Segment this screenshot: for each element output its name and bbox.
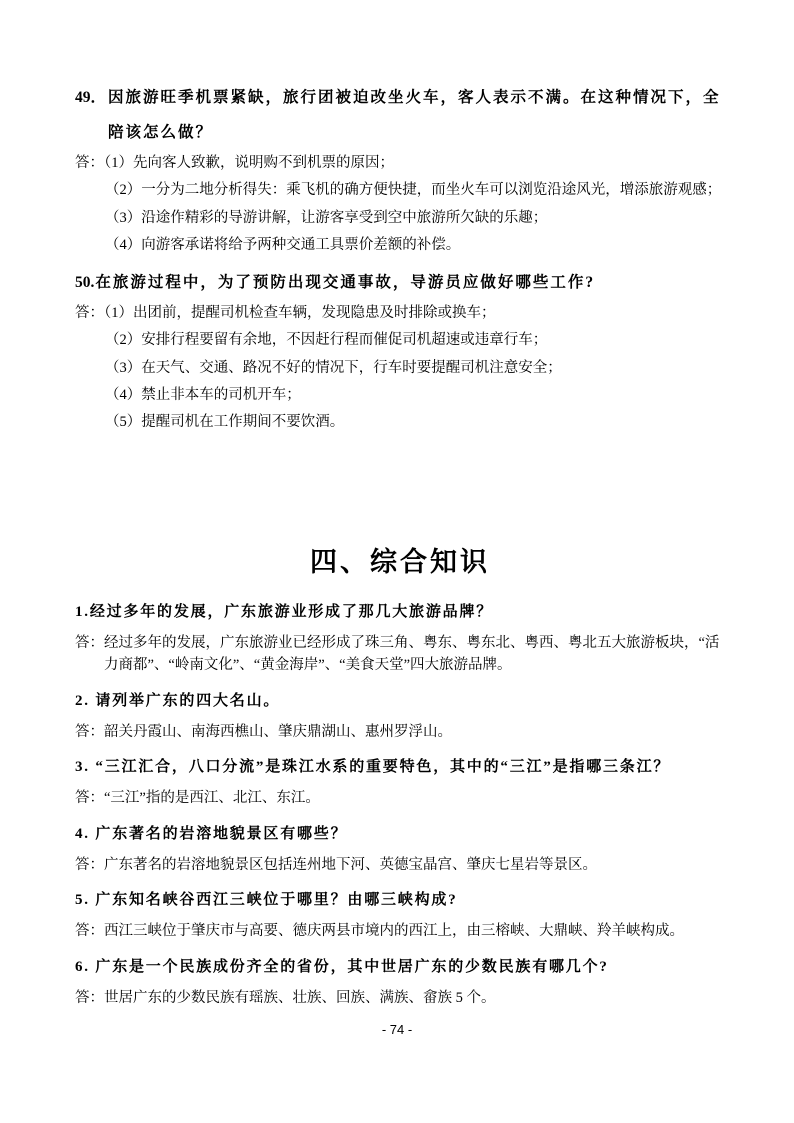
answer-text: “三江”指的是西江、北江、东江。 [104,790,320,806]
answer-item: （1）出团前，提醒司机检查车辆，发现隐患及时排除或换车； [104,305,496,321]
answer-label: 答： [75,990,104,1006]
qa-answer-5: 答：西江三峡位于肇庆市与高要、德庆两县市境内的西江上，由三榕峡、大鼎峡、羚羊峡构… [75,920,725,943]
qa-answer-6: 答：世居广东的少数民族有瑶族、壮族、回族、满族、畲族 5 个。 [75,987,725,1010]
qa-answer-1: 答：经过多年的发展，广东旅游业已经形成了珠三角、粤东、粤东北、粤西、粤北五大旅游… [75,632,725,677]
question-text: 在旅游过程中，为了预防出现交通事故，导游员应做好哪些工作? [95,274,595,291]
answer-line: 答：西江三峡位于肇庆市与高要、德庆两县市境内的西江上，由三榕峡、大鼎峡、羚羊峡构… [75,920,725,943]
qa-list: 1.经过多年的发展，广东旅游业形成了那几大旅游品牌？ 答：经过多年的发展，广东旅… [75,601,725,1010]
answer-text: 世居广东的少数民族有瑶族、壮族、回族、满族、畲族 5 个。 [104,990,496,1006]
question-line: 49．因旅游旺季机票紧缺，旅行团被迫改坐火车，客人表示不满。在这种情况下，全 [75,80,725,115]
answer-item: （2）一分为二地分析得失：乘飞机的确方便快捷，而坐火车可以浏览沿途风光，增添旅游… [75,177,725,204]
question-text: 因旅游旺季机票紧缺，旅行团被迫改坐火车，客人表示不满。在这种情况下，全 [108,89,721,106]
case-answer-49: 答：（1）先向客人致歉，说明购不到机票的原因； （2）一分为二地分析得失：乘飞机… [75,150,725,259]
question-line: 50.在旅游过程中，为了预防出现交通事故，导游员应做好哪些工作? [75,265,725,300]
answer-item: （4）向游客承诺将给予两种交通工具票价差额的补偿。 [75,232,725,259]
page-number: - 74 - [0,1022,794,1037]
answer-text: 韶关丹霞山、南海西樵山、肇庆鼎湖山、惠州罗浮山。 [104,724,452,740]
answer-item: （5）提醒司机在工作期间不要饮酒。 [75,409,725,436]
answer-label: 答： [75,923,104,939]
answer-text: 力商都”、“岭南文化”、“黄金海岸”、“美食天堂”四大旅游品牌。 [75,654,725,677]
answer-item: （2）安排行程要留有余地，不因赶行程而催促司机超速或违章行车； [75,327,725,354]
answer-text: 经过多年的发展，广东旅游业已经形成了珠三角、粤东、粤东北、粤西、粤北五大旅游板块… [104,635,719,651]
question-number: 49． [75,80,108,115]
case-question-49: 49．因旅游旺季机票紧缺，旅行团被迫改坐火车，客人表示不满。在这种情况下，全 陪… [75,80,725,150]
answer-item: （3）沿途作精彩的导游讲解，让游客享受到空中旅游所欠缺的乐趣； [75,205,725,232]
qa-answer-3: 答：“三江”指的是西江、北江、东江。 [75,787,725,810]
qa-answer-4: 答：广东著名的岩溶地貌景区包括连州地下河、英德宝晶宫、肇庆七星岩等景区。 [75,854,725,877]
answer-line: 答：（1）出团前，提醒司机检查车辆，发现隐患及时排除或换车； [75,300,725,327]
page-content: 49．因旅游旺季机票紧缺，旅行团被迫改坐火车，客人表示不满。在这种情况下，全 陪… [75,80,725,1009]
answer-text: 广东著名的岩溶地貌景区包括连州地下河、英德宝晶宫、肇庆七星岩等景区。 [104,857,597,873]
qa-question-1: 1.经过多年的发展，广东旅游业形成了那几大旅游品牌？ [75,601,725,623]
qa-answer-2: 答：韶关丹霞山、南海西樵山、肇庆鼎湖山、惠州罗浮山。 [75,721,725,744]
qa-question-2: 2. 请列举广东的四大名山。 [75,690,725,712]
answer-label: 答： [75,635,104,651]
answer-label: 答： [75,305,104,321]
section-title: 四、综合知识 [75,545,725,579]
document-page: 49．因旅游旺季机票紧缺，旅行团被迫改坐火车，客人表示不满。在这种情况下，全 陪… [0,0,794,1123]
qa-question-4: 4. 广东著名的岩溶地貌景区有哪些？ [75,823,725,845]
answer-label: 答： [75,724,104,740]
answer-item: （4）禁止非本车的司机开车； [75,382,725,409]
answer-label: 答： [75,857,104,873]
answer-line: 答：经过多年的发展，广东旅游业已经形成了珠三角、粤东、粤东北、粤西、粤北五大旅游… [75,632,725,655]
answer-line: 答：（1）先向客人致歉，说明购不到机票的原因； [75,150,725,177]
question-number: 50. [75,265,94,300]
case-question-50: 50.在旅游过程中，为了预防出现交通事故，导游员应做好哪些工作? [75,265,725,300]
question-text: 陪该怎么做？ [75,115,725,150]
answer-line: 答：“三江”指的是西江、北江、东江。 [75,787,725,810]
qa-question-6: 6. 广东是一个民族成份齐全的省份，其中世居广东的少数民族有哪几个? [75,956,725,978]
qa-question-3: 3. “三江汇合，八口分流”是珠江水系的重要特色，其中的“三江”是指哪三条江？ [75,756,725,778]
answer-text: 西江三峡位于肇庆市与高要、德庆两县市境内的西江上，由三榕峡、大鼎峡、羚羊峡构成。 [104,923,684,939]
answer-line: 答：韶关丹霞山、南海西樵山、肇庆鼎湖山、惠州罗浮山。 [75,721,725,744]
answer-line: 答：广东著名的岩溶地貌景区包括连州地下河、英德宝晶宫、肇庆七星岩等景区。 [75,854,725,877]
answer-item: （1）先向客人致歉，说明购不到机票的原因； [104,155,394,171]
answer-line: 答：世居广东的少数民族有瑶族、壮族、回族、满族、畲族 5 个。 [75,987,725,1010]
qa-question-5: 5. 广东知名峡谷西江三峡位于哪里？由哪三峡构成? [75,889,725,911]
case-answer-50: 答：（1）出团前，提醒司机检查车辆，发现隐患及时排除或换车； （2）安排行程要留… [75,300,725,436]
answer-item: （3）在天气、交通、路况不好的情况下，行车时要提醒司机注意安全； [75,355,725,382]
answer-label: 答： [75,790,104,806]
answer-label: 答： [75,155,104,171]
